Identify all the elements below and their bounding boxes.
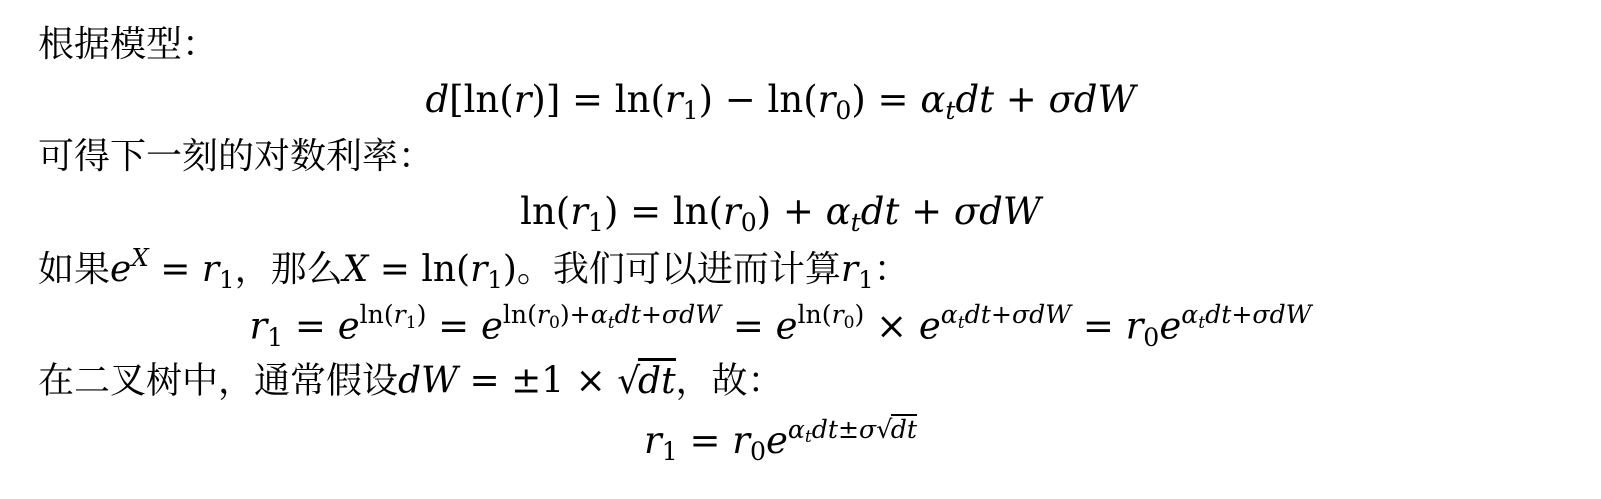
math-roman: ln( bbox=[798, 300, 832, 329]
math-subscript: t bbox=[851, 209, 861, 237]
math-subscript: 1 bbox=[487, 267, 503, 294]
math-roman: 1 bbox=[662, 437, 678, 466]
math-variable: e bbox=[110, 249, 131, 290]
math-variable: t bbox=[958, 313, 965, 333]
math-subscript: 1 bbox=[588, 209, 604, 237]
math-subscript: 1 bbox=[662, 438, 678, 466]
math-variable: r bbox=[644, 419, 662, 462]
chinese-text: 。我们可以进而计算 bbox=[517, 248, 841, 289]
math-superscript: αtdt±σ√dt bbox=[788, 416, 917, 444]
math-variable: e bbox=[766, 419, 788, 462]
math-roman: [ln( bbox=[449, 78, 514, 121]
math-roman: 1 bbox=[219, 265, 235, 294]
math-roman: ) − ln( bbox=[699, 78, 818, 121]
math-roman: ) = bbox=[851, 78, 920, 121]
math-variable: t bbox=[805, 427, 812, 447]
math-variable: σ bbox=[859, 415, 876, 444]
math-roman: 0 bbox=[835, 96, 851, 125]
math-superscript: X bbox=[131, 245, 148, 272]
math-variable: e bbox=[481, 305, 503, 348]
math-variable: r bbox=[202, 249, 219, 290]
math-subscript: t bbox=[608, 313, 615, 332]
math-roman: 1 bbox=[858, 265, 874, 294]
math-subscript: 1 bbox=[683, 97, 699, 125]
math-roman: 0 bbox=[750, 437, 766, 466]
text-line-next-log-rate: 可得下一刻的对数利率： bbox=[0, 134, 1601, 178]
math-variable: r bbox=[394, 300, 406, 329]
math-variable: X bbox=[131, 243, 148, 272]
math-variable: r bbox=[470, 249, 487, 290]
math-roman: = bbox=[149, 249, 202, 290]
math-subscript: 0 bbox=[1143, 324, 1159, 352]
math-variable: α bbox=[920, 78, 945, 121]
math-variable: dt bbox=[955, 78, 994, 121]
math-variable: σdW bbox=[1012, 300, 1071, 329]
radicand: dt bbox=[638, 358, 676, 401]
math-variable: r bbox=[537, 300, 549, 329]
math-roman: ln( bbox=[503, 300, 537, 329]
math-roman: 1 bbox=[406, 313, 417, 333]
math-roman: 0 bbox=[1143, 323, 1159, 352]
math-superscript: ln(r0)+αtdt+σdW bbox=[503, 301, 721, 329]
math-subscript: 0 bbox=[844, 313, 855, 332]
math-subscript: 1 bbox=[267, 324, 283, 352]
math-roman: ) bbox=[503, 249, 517, 290]
math-variable: r bbox=[818, 78, 836, 121]
math-roman: = bbox=[283, 305, 338, 348]
radical-sign: √ bbox=[617, 361, 640, 402]
math-roman: 1 bbox=[267, 323, 283, 352]
math-variable: dW bbox=[398, 361, 458, 402]
math-roman: ) bbox=[417, 300, 427, 329]
math-roman: ) + bbox=[757, 190, 826, 233]
math-variable: e bbox=[776, 305, 798, 348]
math-variable: σdW bbox=[954, 190, 1041, 233]
math-subscript: t bbox=[958, 313, 965, 332]
radicand: dt bbox=[891, 414, 917, 443]
text-line-binomial-tree: 在二叉树中，通常假设dW = ±1 × √dt，故： bbox=[0, 358, 1601, 402]
math-roman: 1 bbox=[683, 96, 699, 125]
math-subscript: 1 bbox=[406, 313, 417, 332]
math-subscript: t bbox=[945, 97, 955, 125]
math-subscript: 1 bbox=[219, 267, 235, 294]
math-variable: α bbox=[826, 190, 851, 233]
math-variable: dt bbox=[891, 415, 917, 444]
chinese-text: 可得下一刻的对数利率： bbox=[38, 135, 434, 176]
chinese-text: ，故： bbox=[676, 360, 784, 401]
math-roman: + bbox=[1231, 300, 1252, 329]
math-variable: α bbox=[941, 300, 958, 329]
math-variable: r bbox=[732, 419, 750, 462]
math-subscript: t bbox=[805, 427, 812, 446]
math-variable: X bbox=[343, 249, 369, 290]
math-variable: α bbox=[591, 300, 608, 329]
math-variable: r bbox=[514, 78, 532, 121]
math-variable: σdW bbox=[1252, 300, 1311, 329]
math-variable: r bbox=[841, 249, 858, 290]
math-square-root: √dt bbox=[617, 360, 675, 401]
math-variable: d bbox=[425, 78, 449, 121]
math-roman: 1 bbox=[487, 265, 503, 294]
math-variable: dt bbox=[638, 361, 676, 402]
chinese-text: ： bbox=[874, 248, 910, 289]
math-roman: + bbox=[994, 78, 1049, 121]
math-subscript: 0 bbox=[835, 97, 851, 125]
math-roman: 1 bbox=[588, 208, 604, 237]
math-roman: ) = ln( bbox=[604, 190, 723, 233]
formula-d-ln-r: d[ln(r)] = ln(r1) − ln(r0) = αtdt + σdW bbox=[0, 78, 1601, 122]
math-subscript: 0 bbox=[549, 313, 560, 332]
math-variable: r bbox=[832, 300, 844, 329]
math-variable: dt bbox=[965, 300, 991, 329]
chinese-text: 根据模型： bbox=[38, 23, 218, 64]
math-square-root: √dt bbox=[876, 416, 917, 444]
text-line-model-intro: 根据模型： bbox=[0, 22, 1601, 66]
math-variable: dt bbox=[615, 300, 641, 329]
math-subscript: 0 bbox=[741, 209, 757, 237]
math-subscript: 0 bbox=[750, 438, 766, 466]
math-superscript: αtdt+σdW bbox=[941, 301, 1071, 329]
math-superscript: αtdt+σdW bbox=[1181, 301, 1311, 329]
chinese-text: 在二叉树中，通常假设 bbox=[38, 360, 398, 401]
math-subscript: 1 bbox=[858, 267, 874, 294]
formula-r1-final: r1 = r0eαtdt±σ√dt bbox=[0, 414, 1601, 458]
math-variable: α bbox=[788, 415, 805, 444]
math-roman: × bbox=[864, 305, 919, 348]
math-roman: = bbox=[1071, 305, 1126, 348]
math-superscript: ln(r0) bbox=[798, 301, 865, 329]
chinese-text: ，那么 bbox=[235, 248, 343, 289]
math-variable: r bbox=[665, 78, 683, 121]
math-variable: t bbox=[851, 208, 861, 237]
math-roman: 0 bbox=[844, 313, 855, 333]
text-line-if-ex-equals-r1: 如果eX = r1，那么X = ln(r1)。我们可以进而计算r1： bbox=[0, 246, 1601, 290]
math-variable: e bbox=[919, 305, 941, 348]
formula-r1-exponential-chain: r1 = eln(r1) = eln(r0)+αtdt+σdW = eln(r0… bbox=[0, 302, 1601, 346]
math-roman: = bbox=[721, 305, 776, 348]
math-roman: )+ bbox=[560, 300, 591, 329]
math-variable: t bbox=[945, 96, 955, 125]
math-roman: ± bbox=[838, 415, 859, 444]
math-roman: + bbox=[641, 300, 662, 329]
math-variable: dt bbox=[861, 190, 900, 233]
formula-ln-r1: ln(r1) = ln(r0) + αtdt + σdW bbox=[0, 190, 1601, 234]
math-variable: σdW bbox=[1049, 78, 1136, 121]
math-roman: 0 bbox=[741, 208, 757, 237]
math-variable: e bbox=[338, 305, 360, 348]
math-variable: σdW bbox=[662, 300, 721, 329]
math-roman: + bbox=[991, 300, 1012, 329]
math-roman: + bbox=[899, 190, 954, 233]
document-body: 根据模型： d[ln(r)] = ln(r1) − ln(r0) = αtdt … bbox=[0, 0, 1601, 499]
math-variable: r bbox=[723, 190, 741, 233]
math-variable: r bbox=[1126, 305, 1144, 348]
math-roman: = ln( bbox=[368, 249, 470, 290]
math-variable: t bbox=[608, 313, 615, 333]
chinese-text: 如果 bbox=[38, 248, 110, 289]
math-roman: = bbox=[678, 419, 733, 462]
math-roman: ) bbox=[854, 300, 864, 329]
math-variable: α bbox=[1181, 300, 1198, 329]
math-variable: r bbox=[249, 305, 267, 348]
math-variable: dt bbox=[812, 415, 838, 444]
math-roman: ln( bbox=[520, 190, 570, 233]
math-roman: = ±1 × bbox=[458, 361, 617, 402]
math-variable: r bbox=[570, 190, 588, 233]
math-roman: = bbox=[426, 305, 481, 348]
math-roman: )] = ln( bbox=[531, 78, 665, 121]
math-variable: e bbox=[1159, 305, 1181, 348]
math-roman: ln( bbox=[360, 300, 394, 329]
math-roman: 0 bbox=[549, 313, 560, 333]
math-variable: dt bbox=[1205, 300, 1231, 329]
math-superscript: ln(r1) bbox=[360, 301, 427, 329]
